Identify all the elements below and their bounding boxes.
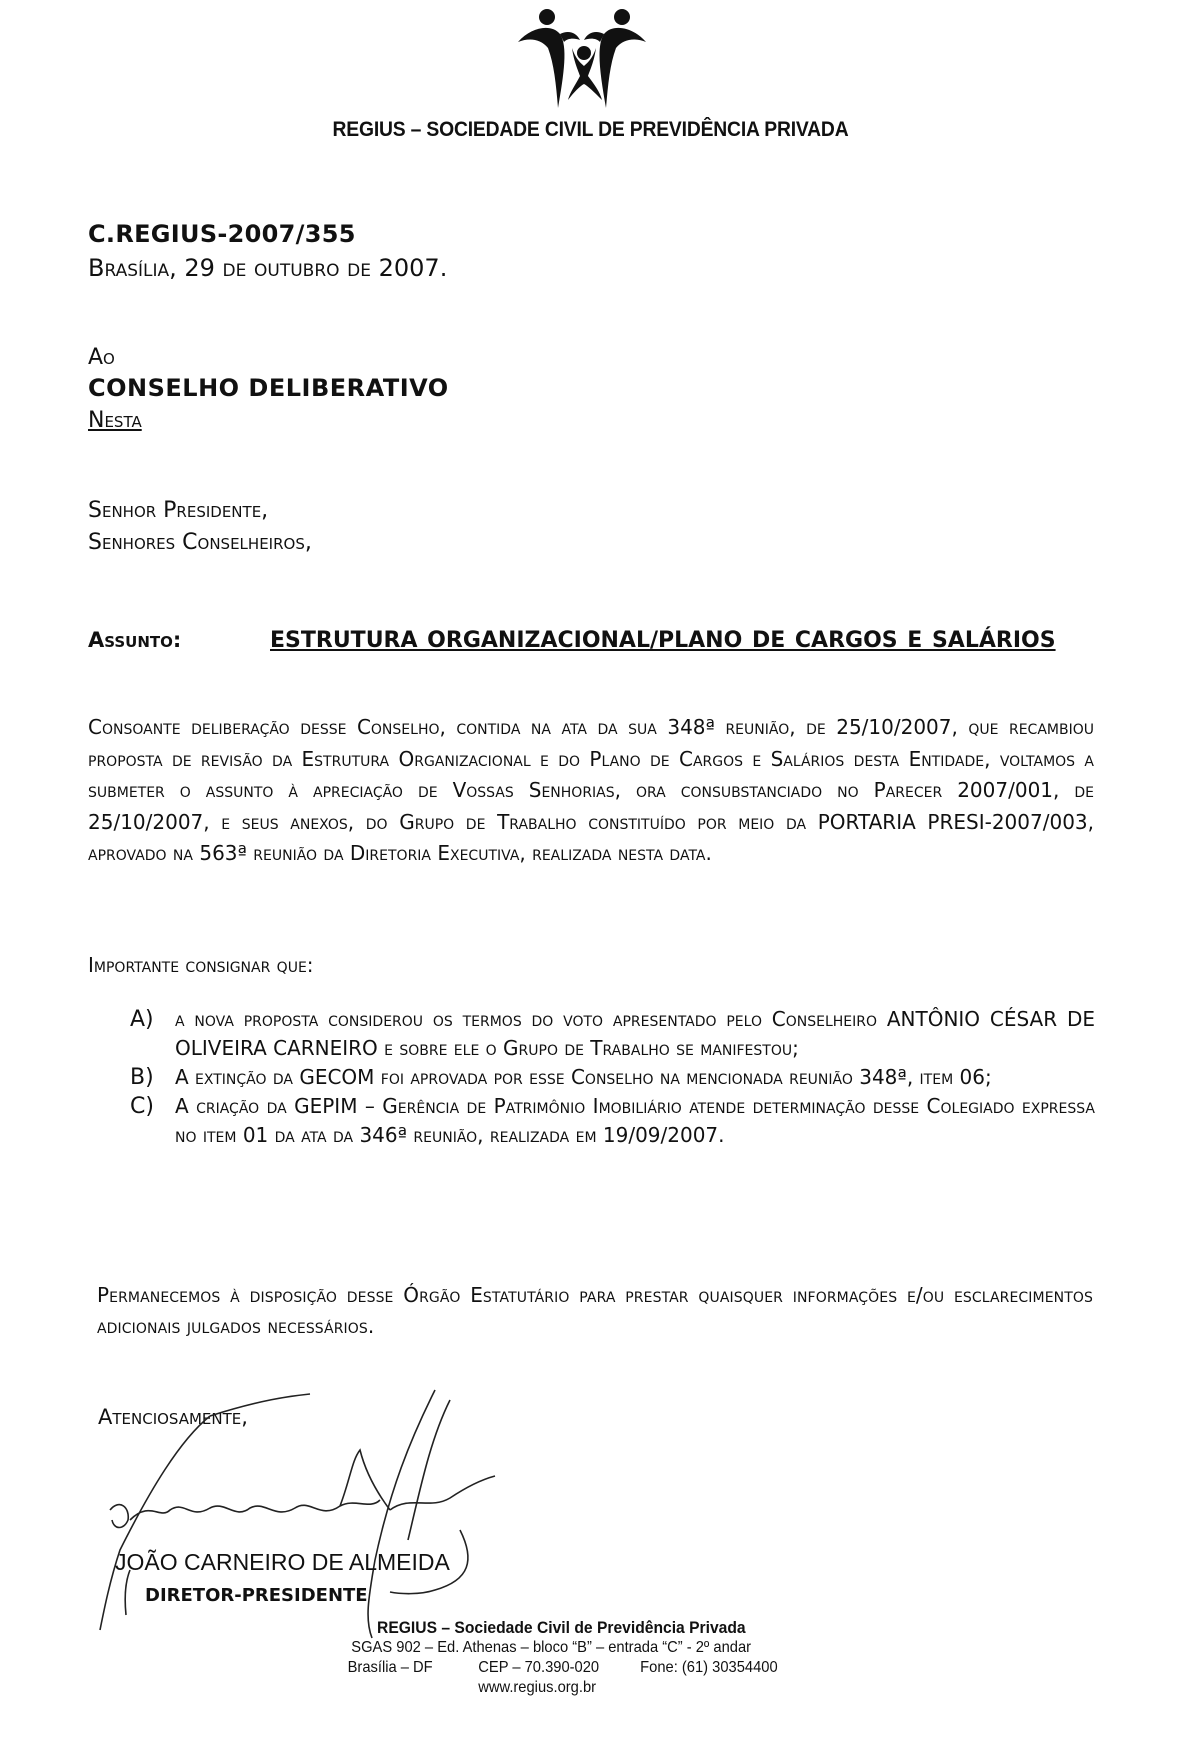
- list-item: B) A extinção da GECOM foi aprovada por …: [130, 1063, 1095, 1092]
- letterhead-org-name: REGIUS – SOCIEDADE CIVIL DE PREVIDÊNCIA …: [47, 118, 1134, 142]
- list-marker: B): [130, 1063, 175, 1092]
- footer-address: SGAS 902 – Ed. Athenas – bloco “B” – ent…: [320, 1638, 890, 1658]
- list-item-text: a nova proposta considerou os termos do …: [175, 1005, 1095, 1063]
- list-item-text: A criação da GEPIM – Gerência de Patrimô…: [175, 1092, 1095, 1150]
- footer-cep: CEP – 70.390-020: [478, 1658, 640, 1678]
- regius-logo-icon: [512, 4, 652, 112]
- reference-number: C.REGIUS-2007/355: [88, 220, 356, 248]
- footer-city: Brasília – DF: [348, 1658, 479, 1678]
- recipient-prefix: Ao: [88, 345, 115, 370]
- greeting-line-1: Senhor Presidente,: [88, 498, 268, 523]
- subject-value: ESTRUTURA ORGANIZACIONAL/PLANO DE CARGOS…: [270, 626, 1092, 656]
- footer-phone: Fone: (61) 30354400: [640, 1658, 777, 1678]
- footer: REGIUS – Sociedade Civil de Previdência …: [320, 1618, 890, 1698]
- list-intro: Importante consignar que:: [88, 950, 1094, 982]
- list-marker: A): [130, 1005, 175, 1063]
- recipient-location: Nesta: [88, 408, 142, 433]
- list-marker: C): [130, 1092, 175, 1150]
- closing-paragraph: Permanecemos à disposição desse Órgão Es…: [97, 1280, 1093, 1342]
- considerations-list: A) a nova proposta considerou os termos …: [130, 1005, 1095, 1150]
- signer-role: DIRETOR-PRESIDENTE: [145, 1585, 368, 1606]
- subject-label: Assunto:: [88, 628, 181, 652]
- signer-name: JOÃO CARNEIRO DE ALMEIDA: [115, 1549, 450, 1576]
- recipient-name: CONSELHO DELIBERATIVO: [88, 374, 449, 402]
- footer-website-link[interactable]: www.regius.org.br: [320, 1678, 890, 1698]
- list-item: C) A criação da GEPIM – Gerência de Patr…: [130, 1092, 1095, 1150]
- list-item-text: A extinção da GECOM foi aprovada por ess…: [175, 1063, 1095, 1092]
- dateline: Brasília, 29 de outubro de 2007.: [88, 254, 447, 282]
- footer-org-name: REGIUS – Sociedade Civil de Previdência …: [320, 1618, 890, 1638]
- list-item: A) a nova proposta considerou os termos …: [130, 1005, 1095, 1063]
- body-paragraph-1: Consoante deliberação desse Conselho, co…: [88, 712, 1094, 870]
- greeting-line-2: Senhores Conselheiros,: [88, 530, 312, 555]
